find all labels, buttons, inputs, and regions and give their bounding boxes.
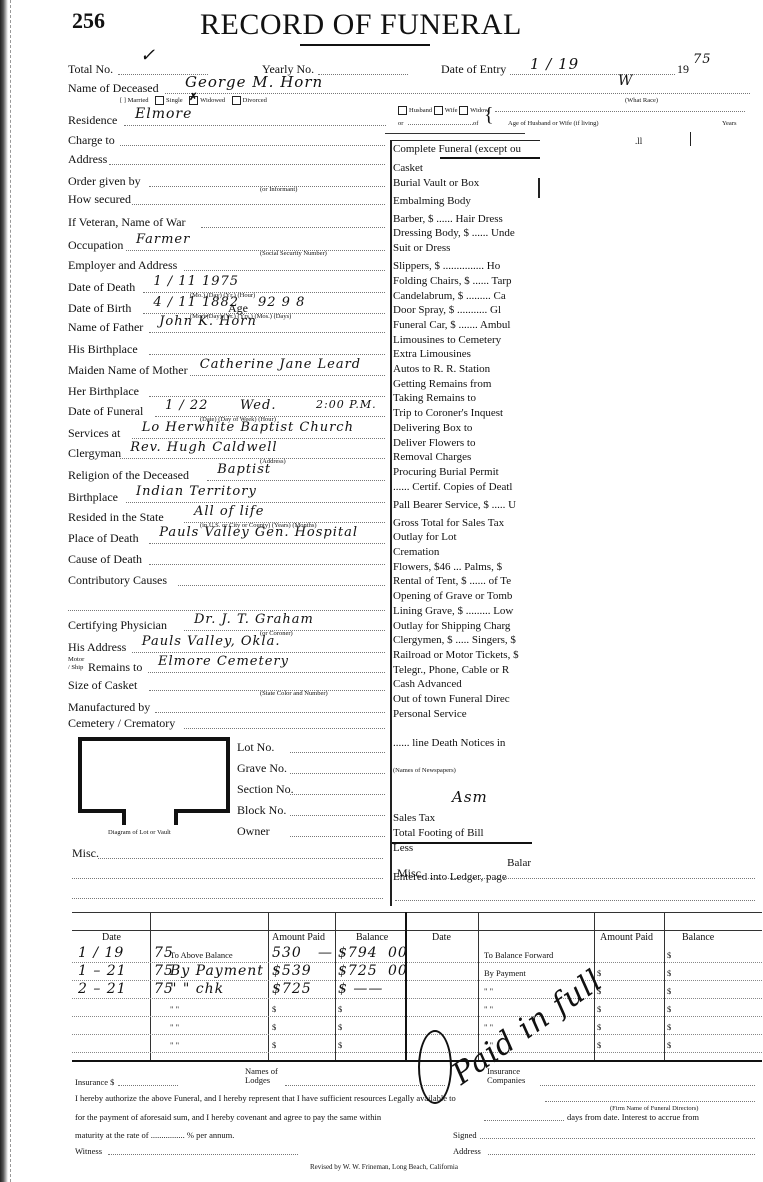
ledger-date: 2 – 21: [78, 981, 127, 997]
signed-label: Signed: [453, 1130, 477, 1140]
checkbox-divorced[interactable]: [232, 96, 241, 105]
charge-item: Telegr., Phone, Cable or R: [393, 664, 535, 676]
lot-field-label: Lot No.: [237, 740, 274, 755]
field-value: Pauls Valley, Okla.: [142, 634, 281, 649]
field-value: Dr. J. T. Graham: [194, 612, 314, 627]
field-label: Contributory Causes: [68, 573, 167, 588]
field-value: Indian Territory: [136, 484, 257, 499]
insurance-companies-label: Insurance Companies: [487, 1067, 537, 1085]
charge-item: Removal Charges: [393, 451, 535, 463]
ledger-row-line[interactable]: [407, 962, 762, 963]
total-no-label: Total No.: [68, 62, 113, 77]
ledger-right-balance-header: Balance: [682, 932, 714, 943]
residence-value: Elmore: [135, 106, 192, 122]
charge-item: Funeral Car, $ ....... Ambul: [393, 319, 535, 331]
ledger-col: [150, 912, 151, 1060]
ledger-left-balance-header: Balance: [356, 932, 388, 943]
funeral-hour-value: 2:00 P.M.: [316, 398, 377, 411]
lot-diagram-edge: [174, 809, 226, 813]
field-value: Pauls Valley Gen. Hospital: [159, 525, 358, 540]
charge-item: Outlay for Shipping Charg: [393, 620, 535, 632]
ledger-col: [405, 912, 407, 1060]
charge-item: Deliver Flowers to: [393, 437, 535, 449]
field-label: Date of Birth: [68, 301, 131, 316]
lot-field-label: Grave No.: [237, 761, 287, 776]
date-of-entry-label: Date of Entry: [441, 62, 506, 77]
ledger-amount: 530: [272, 945, 302, 961]
charge-item: Candelabrum, $ ......... Ca: [393, 290, 535, 302]
field-label: Clergyman: [68, 446, 121, 461]
lot-field-label: Owner: [237, 824, 270, 839]
complete-funeral-underline: [440, 157, 540, 159]
ledger-balance-cents: 00: [388, 945, 408, 961]
field-value: All of life: [194, 504, 264, 519]
charge-item: Casket: [393, 162, 535, 174]
charge-item: Pall Bearer Service, $ ..... U: [393, 499, 535, 511]
address-field[interactable]: [488, 1145, 755, 1155]
field-label: Occupation: [68, 238, 123, 253]
ledger-balance: $: [667, 1040, 671, 1050]
field-label: Certifying Physician: [68, 618, 167, 633]
field-value: Catherine Jane Leard: [200, 357, 361, 372]
field-label: If Veteran, Name of War: [68, 215, 186, 230]
charge-item: Cash Advanced: [393, 678, 535, 690]
charge-item: Gross Total for Sales Tax: [393, 517, 535, 529]
field-value: 1 / 11 1975: [153, 274, 239, 289]
ledger-balance: $: [338, 1040, 342, 1050]
ledger-description: " ": [484, 1004, 493, 1014]
charge-item: Getting Remains from: [393, 378, 535, 390]
ledger-balance: $: [338, 1022, 342, 1032]
date-of-entry-value: 1 / 19: [530, 55, 579, 73]
field-value: Lo Herwhite Baptist Church: [142, 420, 354, 435]
less-signature: Asm: [452, 788, 488, 806]
field-label: Order given by: [68, 174, 141, 189]
ledger-description: By Payment: [170, 963, 264, 979]
charge-item: Autos to R. R. Station: [393, 363, 535, 375]
charge-item: Procuring Burial Permit: [393, 466, 535, 478]
lot-field-input[interactable]: [290, 740, 385, 753]
ledger-balance: $: [667, 1004, 671, 1014]
charge-item: (Names of Newspapers): [393, 767, 535, 774]
field-value: Rev. Hugh Caldwell: [130, 440, 277, 455]
ledger-amount: $725: [272, 981, 312, 997]
payment-text: for the payment of aforesaid sum, and I …: [75, 1112, 381, 1122]
ledger-balance: $: [667, 968, 671, 978]
ledger-balance: $ ——: [338, 981, 383, 997]
field-value: Farmer: [136, 232, 190, 247]
field-label: His Birthplace: [68, 342, 138, 357]
field-label: Remains to: [88, 660, 142, 675]
age-value: 92 9 8: [258, 295, 305, 310]
charge-item: Suit or Dress: [393, 242, 535, 254]
field-input[interactable]: [132, 192, 385, 205]
ledger-col: [664, 912, 665, 1060]
lot-field-label: Block No.: [237, 803, 286, 818]
charge-item: Complete Funeral (except ou: [393, 143, 535, 155]
ledger-row-line[interactable]: [72, 998, 405, 999]
ledger-balance: $: [667, 950, 671, 960]
charge-item: Total Footing of Bill: [393, 827, 535, 839]
field-label: Address: [68, 152, 107, 167]
name-of-deceased-label: Name of Deceased: [68, 81, 159, 96]
lot-field-input[interactable]: [290, 803, 385, 816]
field-label: How secured: [68, 192, 131, 207]
ledger-description: " ": [170, 1004, 179, 1014]
field-label: Date of Death: [68, 280, 135, 295]
lot-diagram-stem: [174, 809, 178, 825]
ledger-amount: $: [597, 1004, 601, 1014]
days-text: days from date. Interest to accrue from: [567, 1112, 699, 1122]
charge-item: Extra Limousines: [393, 348, 535, 360]
ledger-balance: $725: [338, 963, 378, 979]
ledger-bottom-line: [72, 1060, 762, 1062]
charge-item: Door Spray, $ ........... Gl: [393, 304, 535, 316]
ledger-row-line[interactable]: [72, 1034, 405, 1035]
ledger-balance: $794: [338, 945, 378, 961]
field-label: Date of Funeral: [68, 404, 143, 419]
name-of-deceased-value: George M. Horn: [185, 73, 323, 91]
ledger-col: [335, 912, 336, 1060]
stray-mark: [690, 132, 691, 146]
field-value: John K. Horn: [159, 314, 257, 329]
ledger-amount-cents: —: [318, 945, 333, 961]
ledger-date: 1 – 21: [78, 963, 127, 979]
checkbox-widowed[interactable]: ✗: [189, 96, 198, 105]
field-input[interactable]: [178, 573, 385, 586]
spouse-name-field[interactable]: [408, 114, 473, 125]
panel-edge-mark: [538, 178, 540, 198]
race-value: W: [618, 73, 633, 89]
lot-field-input[interactable]: [290, 782, 385, 795]
charge-item: Burial Vault or Box: [393, 177, 535, 189]
field-caption: (Social Security Number): [260, 250, 327, 257]
field-label: Place of Death: [68, 531, 139, 546]
funeral-director-field[interactable]: [545, 1092, 755, 1102]
ledger-description: " " chk: [170, 981, 224, 997]
maturity-text: maturity at the rate of ................…: [75, 1130, 234, 1140]
total-no-value: ✓: [140, 45, 156, 66]
field-label: Charge to: [68, 133, 115, 148]
spouse-or-label: or: [398, 120, 403, 127]
address-label: Address: [453, 1146, 481, 1156]
ledger-header-line: [72, 930, 762, 931]
ledger-amount: $: [272, 1022, 276, 1032]
witness-label: Witness: [75, 1146, 102, 1156]
field-value: 1 / 22: [165, 398, 208, 413]
charge-item: ...... Certif. Copies of Deatl: [393, 481, 535, 493]
ledger-col: [268, 912, 269, 1060]
ledger-description: To Above Balance: [170, 950, 233, 960]
checkbox-husband[interactable]: [398, 106, 407, 115]
authorize-text: I hereby authorize the above Funeral, an…: [75, 1093, 456, 1103]
ledger-amount: $: [597, 1040, 601, 1050]
field-label: Maiden Name of Mother: [68, 363, 188, 378]
field-label: Manufactured by: [68, 700, 150, 715]
misc-label: Misc.: [72, 846, 99, 861]
field-input[interactable]: [109, 152, 385, 165]
field-label: Size of Casket: [68, 678, 137, 693]
field-input[interactable]: [184, 716, 385, 729]
charge-item: Limousines to Cemetery: [393, 334, 535, 346]
spouse-brace: {: [484, 104, 494, 127]
spouse-extra-field[interactable]: [495, 101, 745, 112]
field-value: Baptist: [217, 462, 271, 477]
charge-item: ...... line Death Notices in: [393, 737, 535, 749]
field-input[interactable]: [68, 598, 385, 611]
charge-item: Taking Remains to: [393, 392, 535, 404]
panel-misc-field-2[interactable]: [395, 888, 755, 901]
charge-item: Flowers, $46 ... Palms, $: [393, 561, 535, 573]
ledger-amount: $: [272, 1004, 276, 1014]
field-input[interactable]: [155, 700, 385, 713]
ledger-row-line[interactable]: [72, 1052, 405, 1053]
field-label: Cause of Death: [68, 552, 142, 567]
yearly-no-field[interactable]: [318, 62, 408, 75]
ledger-amount: $: [272, 1040, 276, 1050]
witness-field[interactable]: [108, 1145, 298, 1155]
ledger-balance: $: [667, 986, 671, 996]
revised-by: Revised by W. W. Frineman, Long Beach, C…: [310, 1163, 458, 1171]
charge-item: Railroad or Motor Tickets, $: [393, 649, 535, 661]
age-spouse-label: Age of Husband or Wife (if living): [508, 120, 599, 127]
signed-field[interactable]: [480, 1129, 755, 1139]
ledger-row-line[interactable]: [407, 1016, 762, 1017]
ledger-balance-cents: 00: [388, 963, 408, 979]
title-underline: [300, 44, 430, 46]
marital-status-options: [ ] Married Single ✗Widowed Divorced: [120, 96, 267, 105]
charge-item: Trip to Coroner's Inquest: [393, 407, 535, 419]
firm-caption: (Firm Name of Funeral Directors): [610, 1105, 698, 1112]
ledger-date: 1 / 19: [78, 945, 124, 961]
field-label: Services at: [68, 426, 120, 441]
misc-field-2[interactable]: [72, 866, 383, 879]
ledger-top-line: [72, 912, 762, 913]
lot-diagram-edge: [78, 809, 126, 813]
charge-item: Out of town Funeral Direc: [393, 693, 535, 705]
charge-item: Opening of Grave or Tomb: [393, 590, 535, 602]
checkbox-single[interactable]: [155, 96, 164, 105]
page-title: RECORD OF FUNERAL: [200, 8, 522, 42]
field-input[interactable]: [149, 552, 385, 565]
charge-item: Folding Chairs, $ ...... Tarp: [393, 275, 535, 287]
panel-misc-label: Misc.: [397, 866, 424, 881]
field-label: Cemetery / Crematory: [68, 716, 175, 731]
ledger-row-line[interactable]: [407, 1034, 762, 1035]
field-value: Elmore Cemetery: [158, 654, 289, 669]
divider: [385, 133, 525, 134]
charge-item: Barber, $ ...... Hair Dress: [393, 213, 535, 225]
ledger-col: [478, 912, 479, 1060]
charge-item: Lining Grave, $ ......... Low: [393, 605, 535, 617]
ledger-amount: $: [597, 1022, 601, 1032]
field-input[interactable]: [120, 133, 385, 146]
ledger-amount: $539: [272, 963, 312, 979]
years-label: Years: [722, 120, 737, 127]
charge-item: Slippers, $ ............... Ho: [393, 260, 535, 272]
misc-field[interactable]: [98, 846, 383, 859]
charge-item: Outlay for Lot: [393, 531, 535, 543]
field-label: Religion of the Deceased: [68, 468, 189, 483]
charge-item: Clergymen, $ ..... Singers, $: [393, 634, 535, 646]
lot-diagram-stem: [122, 809, 126, 825]
field-input[interactable]: [184, 258, 385, 271]
insurance-field[interactable]: [118, 1076, 178, 1086]
ledger-balance: $: [338, 1004, 342, 1014]
spouse-of-label: of: [473, 120, 478, 127]
ledger-left-amount-header: Amount Paid: [272, 932, 325, 943]
field-caption: (State Color and Number): [260, 690, 328, 697]
charge-item: Personal Service: [393, 708, 535, 720]
field-label: Birthplace: [68, 490, 118, 505]
ledger-description: " ": [484, 986, 493, 996]
lodges-label: Names of Lodges: [245, 1067, 285, 1085]
misc-field-3[interactable]: [72, 886, 383, 899]
field-input[interactable]: [201, 215, 385, 228]
charge-item: Cremation: [393, 546, 535, 558]
charge-item: Delivering Box to: [393, 422, 535, 434]
charge-item: Dressing Body, $ ...... Unde: [393, 227, 535, 239]
charge-item: Embalming Body: [393, 195, 535, 207]
field-label: Her Birthplace: [68, 384, 139, 399]
field-label: Resided in the State: [68, 510, 164, 525]
lot-field-label: Section No.: [237, 782, 294, 797]
ledger-description: To Balance Forward: [484, 950, 553, 960]
ledger-description: By Payment: [484, 968, 526, 978]
lot-diagram: [78, 737, 230, 813]
page-number: 256: [72, 8, 105, 34]
funeral-day-value: Wed.: [240, 398, 276, 413]
field-label: Employer and Address: [68, 258, 177, 273]
year-value: 75: [693, 52, 712, 67]
field-input[interactable]: [149, 342, 385, 355]
ledger-right-date-header: Date: [432, 932, 451, 943]
residence-label: Residence: [68, 113, 117, 128]
checkbox-married[interactable]: [ ]: [120, 97, 128, 104]
scan-binding-edge: [0, 0, 8, 1182]
panel-misc-field[interactable]: [425, 866, 755, 879]
lodges-field[interactable]: [285, 1076, 445, 1086]
ledger-balance: $: [667, 1022, 671, 1032]
field-value: 4 / 11 1882: [153, 295, 239, 310]
ledger-row-line[interactable]: [72, 1016, 405, 1017]
motor-ship-label: Motor / Ship: [68, 656, 86, 672]
insurance-companies-field[interactable]: [540, 1076, 755, 1086]
charge-item: Rental of Tent, $ ...... of Te: [393, 575, 535, 587]
field-label: Name of Father: [68, 320, 143, 335]
year-prefix: 19: [677, 62, 689, 77]
scan-binding-perforation: [10, 0, 13, 1182]
ledger-right-amount-header: Amount Paid: [600, 932, 653, 943]
lot-field-input[interactable]: [290, 824, 385, 837]
diagram-caption: Diagram of Lot or Vault: [108, 829, 171, 836]
panel-divider: [392, 842, 532, 844]
lot-field-input[interactable]: [290, 761, 385, 774]
ledger-description: " ": [170, 1040, 179, 1050]
charge-item: Sales Tax: [393, 812, 535, 824]
insurance-label: Insurance $: [75, 1077, 114, 1087]
days-field[interactable]: [484, 1111, 564, 1121]
ledger-left-date-header: Date: [102, 932, 121, 943]
field-label: His Address: [68, 640, 126, 655]
field-input[interactable]: [149, 384, 385, 397]
stray-mark: .ll: [635, 136, 642, 146]
ledger-description: " ": [170, 1022, 179, 1032]
